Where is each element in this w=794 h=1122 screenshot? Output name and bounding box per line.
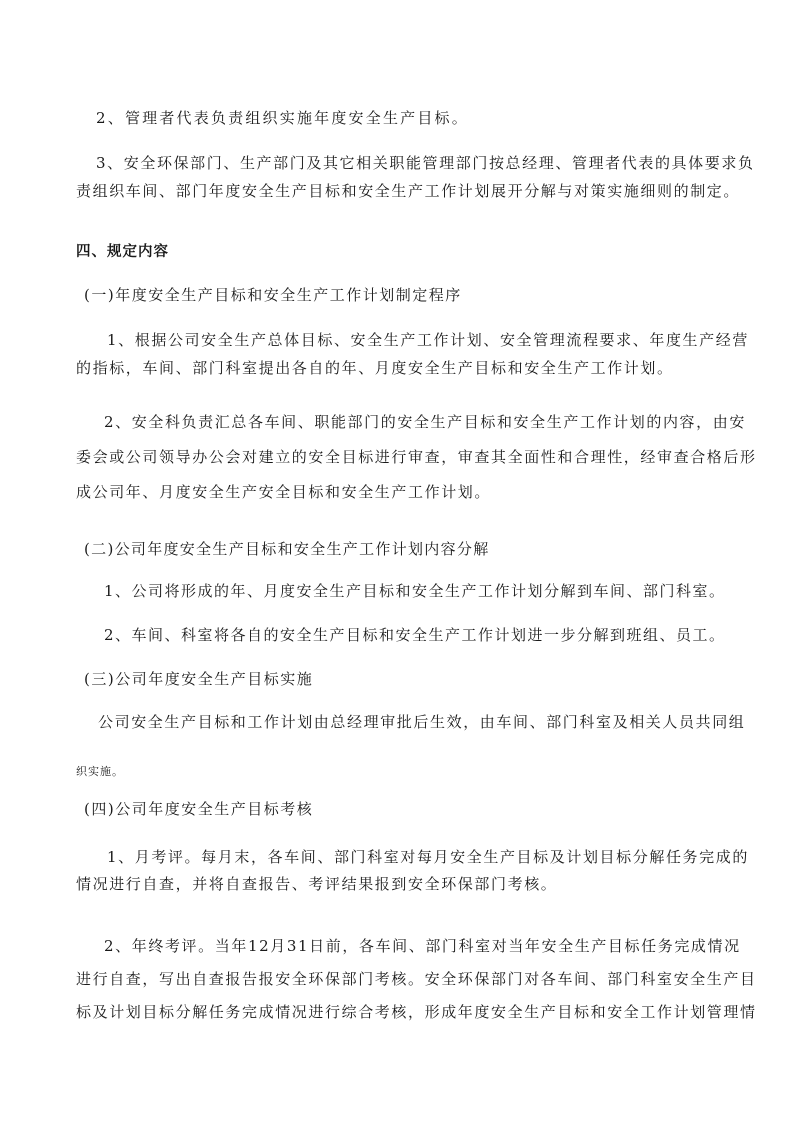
subsection-4-item-1-line-2: 情况进行自查，并将自查报告、考评结果报到安全环保部门考核。 [76, 874, 557, 894]
document-page: 2、管理者代表负责组织实施年度安全生产目标。 3、安全环保部门、生产部门及其它相… [0, 0, 794, 1122]
subsection-4-item-1-line-1: 1、月考评。每月末，各车间、部门科室对每月安全生产目标及计划目标分解任务完成的 [107, 847, 749, 867]
subsection-title-3: (三)公司年度安全生产目标实施 [84, 669, 313, 689]
subsection-2-item-1: 1、公司将形成的年、月度安全生产目标和安全生产工作计划分解到车间、部门科室。 [104, 581, 726, 601]
subsection-title-4: (四)公司年度安全生产目标考核 [84, 799, 313, 819]
subsection-1-item-1-line-2: 的指标，车间、部门科室提出各自的年、月度安全生产目标和安全生产工作计划。 [76, 358, 674, 378]
subsection-4-item-2-line-3: 标及计划目标分解任务完成情况进行综合考核，形成年度安全生产目标和安全工作计划管理… [76, 1002, 757, 1022]
section-heading-4: 四、规定内容 [76, 242, 169, 262]
paragraph-item-2: 2、管理者代表负责组织实施年度安全生产目标。 [96, 108, 469, 128]
subsection-2-item-2: 2、车间、科室将各自的安全生产目标和安全生产工作计划进一步分解到班组、员工。 [104, 625, 726, 645]
subsection-title-1: (一)年度安全生产目标和安全生产工作计划制定程序 [84, 285, 462, 305]
subsection-1-item-2-line-3: 成公司年、月度安全生产安全目标和安全生产工作计划。 [76, 482, 491, 502]
subsection-1-item-1-line-1: 1、根据公司安全生产总体目标、安全生产工作计划、安全管理流程要求、年度生产经营 [107, 330, 749, 350]
subsection-4-item-2-line-1: 2、年终考评。当年12月31日前，各车间、部门科室对当年安全生产目标任务完成情况 [104, 936, 741, 956]
subsection-3-body-line-1: 公司安全生产目标和工作计划由总经理审批后生效，由车间、部门科室及相关人员共同组 [98, 712, 745, 732]
paragraph-item-3-line-2: 责组织车间、部门年度安全生产目标和安全生产工作计划展开分解与对策实施细则的制定。 [76, 181, 740, 201]
subsection-3-body-line-2: 织实施。 [76, 762, 124, 782]
subsection-1-item-2-line-1: 2、安全科负责汇总各车间、职能部门的安全生产目标和安全生产工作计划的内容，由安 [104, 412, 746, 432]
subsection-title-2: (二)公司年度安全生产目标和安全生产工作计划内容分解 [84, 539, 490, 559]
subsection-4-item-2-line-2: 进行自查，写出自查报告报安全环保部门考核。安全环保部门对各车间、部门科室安全生产… [76, 969, 757, 989]
paragraph-item-3-line-1: 3、安全环保部门、生产部门及其它相关职能管理部门按总经理、管理者代表的具体要求负 [96, 153, 755, 173]
subsection-1-item-2-line-2: 委会或公司领导办公会对建立的安全目标进行审查，审查其全面性和合理性，经审查合格后… [76, 447, 757, 467]
